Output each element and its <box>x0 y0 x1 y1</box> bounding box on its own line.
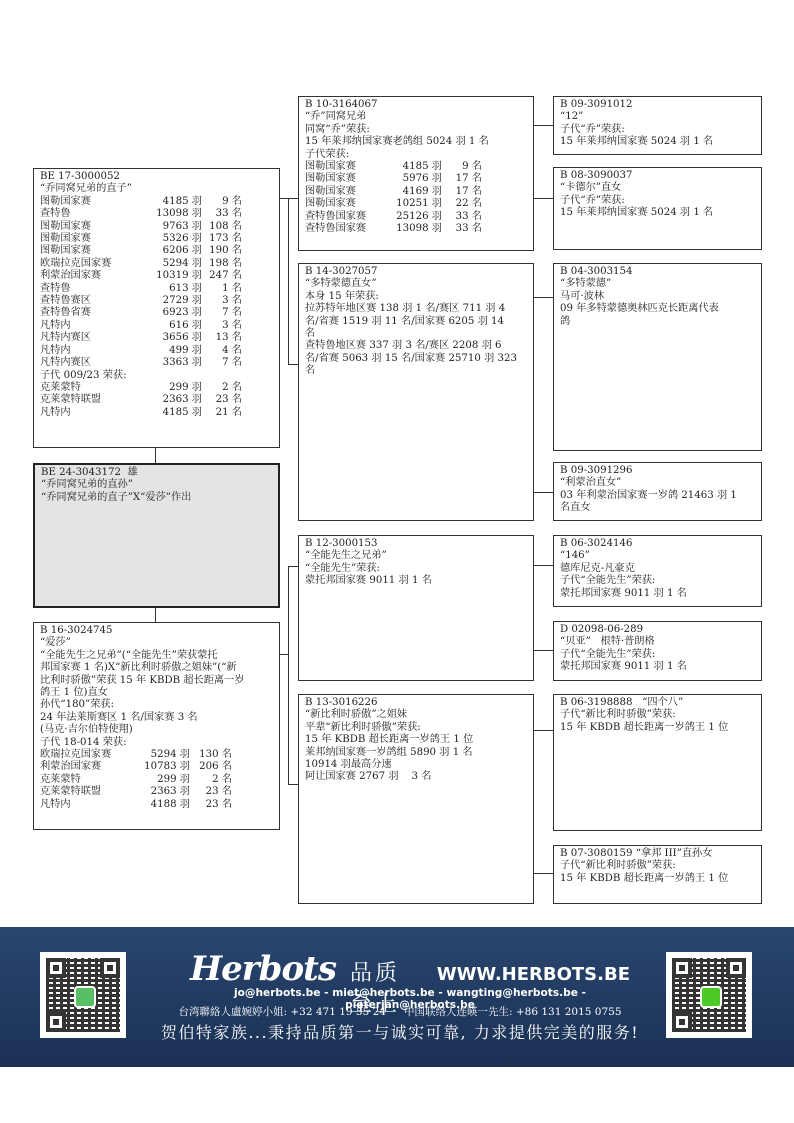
result-row: 凡特内616 羽3 名 <box>40 320 273 332</box>
contact-taiwan: 台湾聯絡人盧婉婷小姐: +32 471 19 55 24 <box>178 1006 386 1018</box>
pigeon-name: “全能先生之兄弟” <box>305 550 527 562</box>
connector <box>288 198 298 199</box>
result-row: 图勒国家赛4185 羽9 名 <box>40 196 273 208</box>
connector <box>533 198 553 199</box>
info-line: 本身 15 年荣获: <box>305 291 527 303</box>
info-line: 03 年利蒙治国家赛一岁鸽 21463 羽 1 <box>560 490 755 502</box>
result-row: 图勒国家赛5976 羽17 名 <box>305 173 527 185</box>
info-line: 莱邦纳国家赛一岁鸽组 5890 羽 1 名 <box>305 747 527 759</box>
info-line: 子代 18-014 荣获: <box>40 737 273 749</box>
connector <box>533 730 553 731</box>
info-line: 15 年莱邦纳国家赛老鸽组 5024 羽 1 名 <box>305 136 527 148</box>
ring-number: BE 24-3043172 雄 <box>41 467 272 479</box>
info-line: 蒙托邦国家赛 9011 羽 1 名 <box>305 575 527 587</box>
pigeon-name: “146” <box>560 550 755 562</box>
info-line: 15 年 KBDB 超长距离一岁鸽王 1 位 <box>560 722 755 734</box>
qr-pattern <box>672 958 746 1032</box>
result-row: 图勒国家赛4185 羽9 名 <box>305 161 527 173</box>
contact-china: 中国联络人连暎一先生: +86 131 2015 0755 <box>404 1006 622 1018</box>
info-line: 比利时骄傲”荣获 15 年 KBDB 超长距离一岁 <box>40 675 273 687</box>
info-line: 德库尼克-凡豪克 <box>560 563 755 575</box>
info-line: (马克·吉尔伯特使翔) <box>40 724 273 736</box>
brand-logo: Herbots <box>190 949 336 989</box>
info-line: 名/省赛 1519 羽 11 名/国家赛 6205 羽 14 <box>305 316 527 328</box>
connector <box>533 650 553 651</box>
pigeon-name: “乔”同窝兄弟 <box>305 111 527 123</box>
footer-banner: Herbots 品质至上 WWW.HERBOTS.BE jo@herbots.b… <box>0 927 794 1067</box>
connector <box>288 566 298 567</box>
info-line: 子代“全能先生”荣获: <box>560 649 755 661</box>
info-line: 名 <box>305 328 527 340</box>
ring-number: D 02098-06-289 <box>560 624 755 636</box>
pigeon-name: “新比利时骄傲”之姐妹 <box>305 709 527 721</box>
connector <box>155 447 156 463</box>
result-row: 查特鲁国家赛25126 羽33 名 <box>305 211 527 223</box>
granddam-maternal-card: B 13-3016226 “新比利时骄傲”之姐妹 平辈“新比利时骄傲”荣获: 1… <box>298 694 534 904</box>
info-line: 名 <box>305 365 527 377</box>
dam-card: B 16-3024745 “爱莎” “全能先生之兄弟”(“全能先生”荣获蒙托 邦… <box>33 622 280 830</box>
info-line: 子代“全能先生”荣获: <box>560 575 755 587</box>
connector <box>288 566 289 784</box>
pigeon-name: “乔同窝兄弟的直子” <box>40 183 273 195</box>
ring-number: B 13-3016226 <box>305 697 527 709</box>
info-line: 鸽 <box>560 316 755 328</box>
ring-number: B 09-3091012 <box>560 99 755 111</box>
info-line: 名直女 <box>560 502 755 514</box>
info-line: 马可·波林 <box>560 291 755 303</box>
subject-card: BE 24-3043172 雄 “乔同窝兄弟的直孙” “乔同窝兄弟的直子”X“爱… <box>33 463 280 608</box>
info-line: 15 年莱邦纳国家赛 5024 羽 1 名 <box>560 207 755 219</box>
result-row: 凡特内赛区3363 羽7 名 <box>40 357 273 369</box>
info-line: 子代“乔”荣获: <box>560 124 755 136</box>
result-row: 凡特内4185 羽21 名 <box>40 407 273 419</box>
ring-number: B 06-3198888 “四个八” <box>560 697 755 709</box>
ggp-card-5: B 06-3024146 “146” 德库尼克-凡豪克 子代“全能先生”荣获: … <box>553 535 762 607</box>
pigeon-name: “12” <box>560 111 755 123</box>
result-row: 利蒙治国家赛10783 羽206 名 <box>40 761 273 773</box>
pigeon-name: “爱莎” <box>40 637 273 649</box>
info-line: 子代荣获: <box>305 149 527 161</box>
info-line: 同窝“乔”荣获: <box>305 124 527 136</box>
info-line: 子代“新比利时骄傲”荣获: <box>560 709 755 721</box>
connector <box>533 565 553 566</box>
qr-code-wechat[interactable] <box>666 952 752 1038</box>
info-line: 15 年 KBDB 超长距离一岁鸽王 1 位 <box>560 873 755 885</box>
ggp-card-4: B 09-3091296 “利蒙治直女” 03 年利蒙治国家赛一岁鸽 21463… <box>553 462 762 521</box>
pigeon-name: “贝亚” 根特·普朗格 <box>560 636 755 648</box>
info-line: 蒙托邦国家赛 9011 羽 1 名 <box>560 661 755 673</box>
ring-number: B 04-3003154 <box>560 266 755 278</box>
result-row: 查特鲁13098 羽33 名 <box>40 208 273 220</box>
ring-number: B 14-3027057 <box>305 266 527 278</box>
info-line: 查特鲁地区赛 337 羽 3 名/赛区 2208 羽 6 <box>305 340 527 352</box>
result-row: 查特鲁613 羽1 名 <box>40 283 273 295</box>
connector <box>288 364 298 365</box>
ggp-card-3: B 04-3003154 “多特蒙德” 马可·波林 09 年多特蒙德奥林匹克长距… <box>553 263 762 451</box>
result-row: 图勒国家赛5326 羽173 名 <box>40 233 273 245</box>
result-row: 克莱蒙特299 羽2 名 <box>40 774 273 786</box>
info-line: 09 年多特蒙德奥林匹克长距离代表 <box>560 303 755 315</box>
result-row: 凡特内4188 羽23 名 <box>40 799 273 811</box>
ring-number: B 09-3091296 <box>560 465 755 477</box>
result-row: 克莱蒙特联盟2363 羽23 名 <box>40 394 273 406</box>
result-row: 克莱蒙特联盟2363 羽23 名 <box>40 786 273 798</box>
result-row: 凡特内499 羽4 名 <box>40 345 273 357</box>
info-line: 子代“新比利时骄傲”荣获: <box>560 860 755 872</box>
offspring-heading: 子代 009/23 荣获: <box>40 370 273 382</box>
info-line: 10914 羽最高分速 <box>305 759 527 771</box>
result-row: 图勒国家赛9763 羽108 名 <box>40 221 273 233</box>
info-line: 15 年莱邦纳国家赛 5024 羽 1 名 <box>560 136 755 148</box>
ring-number: B 12-3000153 <box>305 538 527 550</box>
pigeon-name: “利蒙治直女” <box>560 477 755 489</box>
ring-number: B 08-3090037 <box>560 170 755 182</box>
pigeon-name: “卡德尔”直女 <box>560 182 755 194</box>
sex-label: 雄 <box>127 467 137 478</box>
connector <box>533 492 553 493</box>
result-row: 利蒙治国家赛10319 羽247 名 <box>40 270 273 282</box>
grandsire-maternal-card: B 12-3000153 “全能先生之兄弟” “全能先生”荣获: 蒙托邦国家赛 … <box>298 535 534 681</box>
info-line: 拉苏特年地区赛 138 羽 1 名/赛区 711 羽 4 <box>305 303 527 315</box>
info-line: 15 年 KBDB 超长距离一岁鸽王 1 位 <box>305 734 527 746</box>
connector <box>288 198 289 364</box>
result-row: 凡特内赛区3656 羽13 名 <box>40 332 273 344</box>
ring-number: B 07-3080159 “拿邦 III”直孙女 <box>560 848 755 860</box>
result-row: 欧瑞拉克国家赛5294 羽130 名 <box>40 749 273 761</box>
result-row: 图勒国家赛6206 羽190 名 <box>40 245 273 257</box>
ggp-card-7: B 06-3198888 “四个八” 子代“新比利时骄傲”荣获: 15 年 KB… <box>553 694 762 831</box>
info-line: 孙代“180”荣获: <box>40 699 273 711</box>
connector <box>533 125 553 126</box>
connector <box>533 873 553 874</box>
ggp-card-8: B 07-3080159 “拿邦 III”直孙女 子代“新比利时骄傲”荣获: 1… <box>553 845 762 904</box>
granddam-paternal-card: B 14-3027057 “多特蒙德直女” 本身 15 年荣获: 拉苏特年地区赛… <box>298 263 534 521</box>
info-line: “全能先生”荣获: <box>305 563 527 575</box>
pigeon-name: “多特蒙德” <box>560 278 755 290</box>
website-link[interactable]: WWW.HERBOTS.BE <box>437 964 630 985</box>
result-row: 查特鲁省赛6923 羽7 名 <box>40 307 273 319</box>
grandsire-paternal-card: B 10-3164067 “乔”同窝兄弟 同窝“乔”荣获: 15 年莱邦纳国家赛… <box>298 96 534 251</box>
info-line: 24 年法莱斯赛区 1 名/国家赛 3 名 <box>40 712 273 724</box>
result-row: 查特鲁国家赛13098 羽33 名 <box>305 223 527 235</box>
ring-number: B 16-3024745 <box>40 625 273 637</box>
result-row: 图勒国家赛4169 羽17 名 <box>305 186 527 198</box>
wechat-icon <box>700 986 722 1008</box>
result-row: 克莱蒙特299 羽2 名 <box>40 382 273 394</box>
info-line: 子代“乔”荣获: <box>560 195 755 207</box>
line-icon <box>74 986 96 1008</box>
info-line: 阿让国家赛 2767 羽 3 名 <box>305 771 527 783</box>
info-line: 邦国家赛 1 名)X“新比利时骄傲之姐妹”(“新 <box>40 662 273 674</box>
connector <box>533 297 553 298</box>
ggp-card-6: D 02098-06-289 “贝亚” 根特·普朗格 子代“全能先生”荣获: 蒙… <box>553 621 762 681</box>
info-line: 鸽王 1 位)直女 <box>40 687 273 699</box>
ring-number: B 10-3164067 <box>305 99 527 111</box>
info-line: 蒙托邦国家赛 9011 羽 1 名 <box>560 588 755 600</box>
connector <box>279 654 288 655</box>
info-line: “全能先生之兄弟”(“全能先生”荣获蒙托 <box>40 650 273 662</box>
connector <box>155 607 156 622</box>
result-row: 欧瑞拉克国家赛5294 羽198 名 <box>40 258 273 270</box>
pigeon-name: “多特蒙德直女” <box>305 278 527 290</box>
parentage: “乔同窝兄弟的直子”X“爱莎”作出 <box>41 492 272 504</box>
qr-code-line[interactable] <box>40 952 126 1038</box>
sire-card: BE 17-3000052 “乔同窝兄弟的直子” 图勒国家赛4185 羽9 名 … <box>33 168 280 448</box>
result-row: 图勒国家赛10251 羽22 名 <box>305 198 527 210</box>
qr-pattern <box>46 958 120 1032</box>
motto: 贺伯特家族...秉持品质第一与诚实可靠, 力求提供完美的服务! <box>120 1020 680 1043</box>
ring-number: BE 17-3000052 <box>40 171 273 183</box>
ring-number: B 06-3024146 <box>560 538 755 550</box>
contact-line: 台湾聯絡人盧婉婷小姐: +32 471 19 55 24中国联络人连暎一先生: … <box>130 1004 670 1019</box>
connector <box>279 198 288 199</box>
ggp-card-2: B 08-3090037 “卡德尔”直女 子代“乔”荣获: 15 年莱邦纳国家赛… <box>553 167 762 250</box>
pigeon-name: “乔同窝兄弟的直孙” <box>41 479 272 491</box>
result-row: 查特鲁赛区2729 羽3 名 <box>40 295 273 307</box>
info-line: 平辈“新比利时骄傲”荣获: <box>305 722 527 734</box>
connector <box>288 784 298 785</box>
info-line: 名/省赛 5063 羽 15 名/国家赛 25710 羽 323 <box>305 353 527 365</box>
ggp-card-1: B 09-3091012 “12” 子代“乔”荣获: 15 年莱邦纳国家赛 50… <box>553 96 762 155</box>
